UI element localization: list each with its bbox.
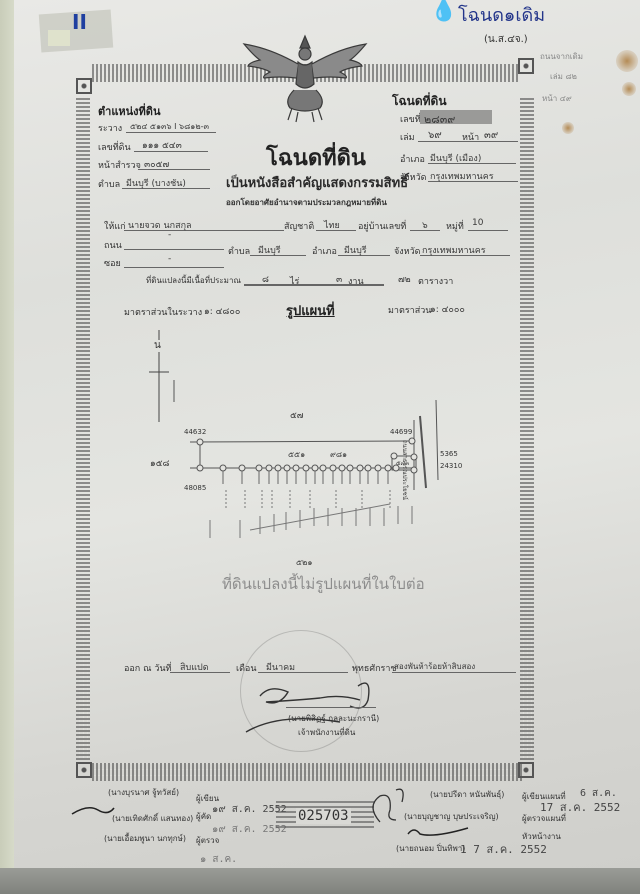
corner-ornament (518, 58, 534, 74)
soi-value: - (168, 254, 171, 264)
blue-pen-circle-mark: 💧 (430, 0, 457, 23)
deed-number-value: ๒๘๓๙ (420, 110, 492, 124)
chief-date: 1 7 ส.ค. 2552 (460, 840, 547, 858)
copier-signature (68, 800, 118, 820)
neighbor-top: ๕๗ (290, 408, 304, 422)
road-value: - (168, 230, 171, 240)
copier-role: ผู้คัด (196, 810, 211, 823)
amphoe-label: อำเภอ (400, 152, 425, 166)
corner-ornament (76, 78, 92, 94)
side-note-3: หน้า ๔๙ (542, 92, 572, 105)
year-label: พุทธศักราช (352, 661, 397, 675)
side-note-2: เล่ม ๘๒ (550, 70, 577, 83)
land-no-label: เลขที่ดิน (98, 140, 131, 154)
border-pattern-left (76, 96, 90, 760)
house-no-label: อยู่บ้านเลขที่ (358, 219, 406, 233)
page-value: ๓๙ (484, 128, 498, 143)
owner-province-value: กรุงเทพมหานคร (422, 243, 486, 257)
officer-title: เจ้าพนักงานที่ดิน (298, 726, 355, 739)
land-no-value: ๑๑๑ ๕๔๓ (142, 138, 182, 152)
blue-pen-mark: II (72, 10, 87, 34)
marker-top-left: 44632 (184, 428, 206, 436)
corner-ornament (518, 762, 534, 778)
province-value: กรุงเทพมหานคร (430, 169, 494, 183)
moo-value: 10 (472, 218, 483, 228)
parcel-map (150, 380, 470, 580)
scale-right-label: มาตราส่วน (388, 303, 431, 317)
checker-name: (นายเอื้อมพูนา นกทุกษ์) (104, 832, 186, 845)
soi-label: ซอย (104, 256, 121, 270)
handwritten-note-top: โฉนด๑เดิม (458, 0, 545, 29)
map-checker-date: 17 ส.ค. 2552 (540, 798, 620, 816)
chief-signature (404, 822, 474, 842)
neighbor-left: ๑๕๘ (150, 456, 169, 470)
area-rai-value: ๘ (262, 272, 269, 286)
faded-stamp-text: ที่ดินแปลงนี้ไม่รูปแผนที่ในใบต่อ (222, 572, 425, 596)
survey-page-value: ๓๐๕๗ (144, 157, 169, 171)
given-to-label: ให้แก่ (104, 219, 126, 233)
stain (622, 82, 636, 96)
road-label: ถนนสาธารณประโยชน์ (400, 440, 410, 500)
corner-ornament (76, 762, 92, 778)
owner-tambon-value: มีนบุรี (258, 243, 281, 257)
area-ngan-value: ๓ (336, 272, 342, 286)
marker-right-upper: 5365 (440, 450, 458, 458)
owner-amphoe-label: อำเภอ (312, 244, 337, 258)
parcel-number: ๕๕๑ (288, 448, 305, 461)
nationality-label: สัญชาติ (284, 219, 314, 233)
area-wah-value: ๗๒ (398, 272, 411, 286)
owner-tambon-label: ตำบล (228, 244, 250, 258)
document-subtitle: เป็นหนังสือสำคัญแสดงกรรมสิทธิ์ (226, 172, 408, 193)
border-pattern-right (520, 96, 534, 760)
tambon-label: ตำบล (98, 177, 120, 191)
moo-label: หมู่ที่ (446, 219, 464, 233)
chief-name: (นายถนอม ปิ่นทิพา) (396, 842, 465, 855)
area-label: ที่ดินแปลงนี้มีเนื้อที่ประมาณ (146, 274, 241, 287)
tambon-value: มีนบุรี (บางชัน) (126, 176, 186, 190)
issue-month: มีนาคม (266, 660, 295, 674)
owner-amphoe-value: มีนบุรี (344, 243, 367, 257)
map-heading: รูปแผนที่ (286, 300, 335, 321)
house-no-value: ๖ (422, 218, 428, 232)
neighbor-bottom: ๕๒๑ (296, 556, 312, 569)
side-note-1: ถนนจากเดิม (540, 50, 583, 63)
owner-province-label: จังหวัด (394, 244, 421, 258)
owner-name: นายจวด นกสกุล (128, 218, 192, 232)
survey-page-label: หน้าสำรวจ (98, 158, 141, 172)
road-label: ถนน (104, 238, 122, 252)
form-code: (น.ส.๔จ.) (484, 32, 528, 47)
issue-day: สิบแปด (180, 660, 209, 674)
officer-name: (นายพิสิฏฐ์ กุลละนะกรานี) (288, 712, 379, 725)
volume-label: เล่ม (400, 130, 415, 144)
stain (562, 122, 574, 134)
garuda-emblem-icon (240, 34, 370, 124)
area-wah-label: ตารางวา (418, 274, 453, 288)
marker-right-lower: 24310 (440, 462, 462, 470)
scale-left-label: มาตราส่วนในระวาง (124, 305, 202, 319)
page-label: หน้า (462, 130, 479, 144)
nationality-value: ไทย (324, 218, 340, 232)
area-rai-label: ไร่ (290, 274, 299, 288)
issue-year: สองพันห้าร้อยห้าสิบสอง (394, 660, 475, 673)
volume-value: ๖๙ (428, 128, 442, 143)
stain (616, 50, 638, 72)
border-pattern-bottom (92, 763, 522, 781)
issued-label: ออก ณ วันที่ (124, 661, 171, 675)
misc-bottom-stamp: ๑ ส.ค. (200, 852, 237, 867)
month-label: เดือน (236, 661, 256, 675)
location-heading: ตำแหน่งที่ดิน (98, 102, 160, 120)
area-ngan-label: งาน (348, 274, 364, 288)
copier-name: (นายเทิดศักดิ์ แสนทอง) (112, 812, 193, 825)
marker-bottom-left: 48085 (184, 484, 206, 492)
amphoe-value: มีนบุรี (เมือง) (430, 151, 481, 165)
map-writer-name: (นายปรีดา หนันพันธุ์) (430, 788, 504, 801)
serial-number: 025703 (296, 808, 351, 824)
writer-name: (นางบุรนาศ จู้ทวัสย์) (108, 786, 179, 799)
deed-number-label: เลขที่ (400, 112, 421, 126)
deed-heading: โฉนดที่ดิน (392, 92, 447, 111)
rawang-label: ระวาง (98, 121, 122, 135)
tape-patch-small (48, 30, 70, 46)
rawang-value: ๕๒๔ ๕๑๓๖ I ๖๘๑๒-๓ (130, 120, 209, 133)
document-title: โฉนดที่ดิน (266, 140, 366, 175)
scale-right-value: ๑: ๔๐๐๐ (430, 302, 465, 316)
parcel-number-2: ๙๘๑ (330, 448, 347, 461)
table-surface (0, 868, 640, 894)
marker-top-right: 44699 (390, 428, 412, 436)
scale-left-value: ๑: ๔๘๐๐ (204, 304, 240, 318)
document-subtitle-2: ออกโดยอาศัยอำนาจตามประมวลกฎหมายที่ดิน (226, 196, 387, 209)
